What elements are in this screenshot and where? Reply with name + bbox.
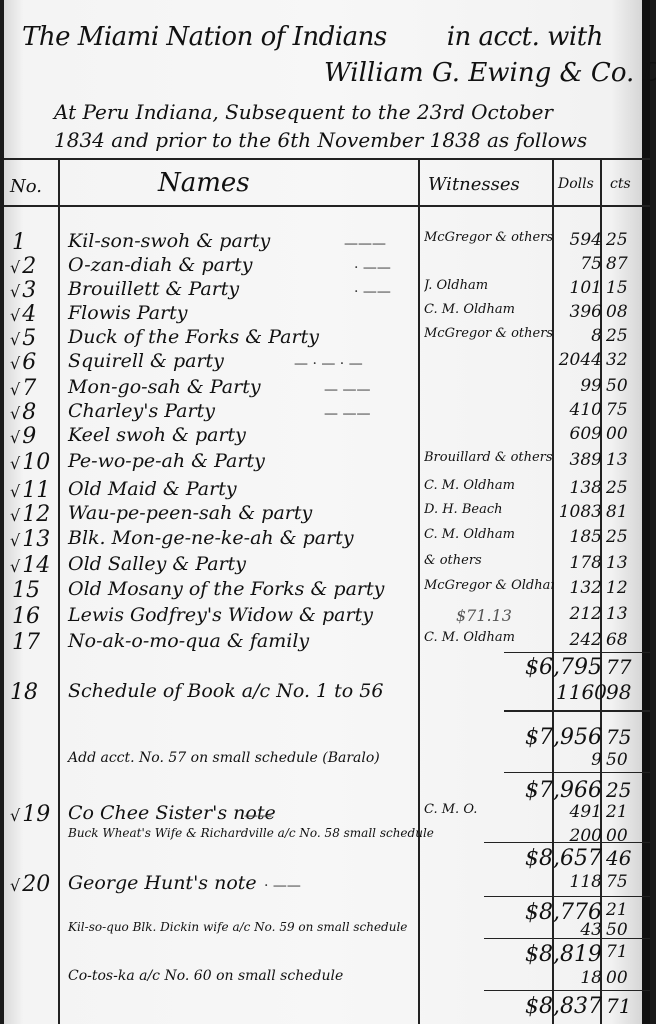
row-name: Old Maid & Party — [68, 478, 237, 500]
row-witness: C. M. Oldham — [424, 478, 554, 493]
row-cents: 25 — [606, 478, 646, 498]
row-cents: 08 — [606, 302, 646, 322]
row-cents: 87 — [606, 254, 646, 274]
row-name: George Hunt's note — [68, 872, 257, 894]
row-number: √7 — [10, 376, 60, 401]
row-dollars: 200 — [556, 826, 602, 846]
row-cents: 50 — [606, 376, 646, 396]
check-mark-icon: √ — [10, 282, 20, 301]
row-dollars: 242 — [556, 630, 602, 650]
subtotal-cents: 75 — [606, 725, 646, 749]
ledger-title: The Miami Nation of Indiansin acct. with — [22, 22, 603, 52]
subtotal-row: $7,966 25 — [4, 778, 650, 802]
grand-total-row: $8,837 71 — [4, 994, 650, 1018]
row-dollars: 1160 — [556, 680, 602, 704]
row-number: √20 — [10, 872, 60, 897]
check-mark-icon: √ — [10, 506, 20, 525]
table-row: 16 Lewis Godfrey's Widow & party 212 13 — [4, 604, 650, 628]
subtotal-cents: 46 — [606, 846, 646, 870]
check-mark-icon: √ — [10, 876, 20, 895]
row-cents: 50 — [606, 750, 646, 770]
row-number: 18 — [10, 680, 60, 705]
row-name: Mon-go-sah & Party — [68, 376, 261, 398]
column-header-cents: cts — [610, 176, 631, 192]
column-header-no: No. — [10, 176, 42, 197]
subtotal-dollars: $6,795 — [494, 655, 602, 680]
row-number: √13 — [10, 527, 60, 552]
ledger-page: The Miami Nation of Indiansin acct. with… — [4, 0, 650, 1024]
title-location-dates-2: 1834 and prior to the 6th November 1838 … — [54, 128, 587, 152]
leader-dash: · —— — [264, 878, 301, 894]
row-witness: C. M. Oldham — [424, 527, 554, 542]
subtotal-cents: 77 — [606, 655, 646, 679]
row-witness: McGregor & others — [424, 230, 554, 245]
row-witness: C. M. O. — [424, 802, 554, 817]
row-dollars: 2044 — [556, 350, 602, 370]
row-number: √12 — [10, 502, 60, 527]
row-dollars: 18 — [556, 968, 602, 988]
table-row: √5 Duck of the Forks & Party McGregor & … — [4, 326, 650, 350]
row-name: Schedule of Book a/c No. 1 to 56 — [68, 680, 383, 702]
subtotal-rule — [484, 842, 650, 843]
row-number: √11 — [10, 478, 60, 503]
table-row: 1 Kil-son-swoh & party McGregor & others… — [4, 230, 650, 254]
row-number: 16 — [10, 604, 60, 629]
row-cents: 50 — [606, 920, 646, 940]
row-dollars: 99 — [556, 376, 602, 396]
row-cents: 13 — [606, 450, 646, 470]
row-number: √14 — [10, 553, 60, 578]
row-cents: 25 — [606, 527, 646, 547]
row-cents: 12 — [606, 578, 646, 598]
leader-dash: · —— — [354, 284, 391, 300]
row-dollars: 594 — [556, 230, 602, 250]
row-name: Add acct. No. 57 on small schedule (Bara… — [68, 750, 380, 766]
table-row: √11 Old Maid & Party C. M. Oldham 138 25 — [4, 478, 650, 502]
row-cents: 00 — [606, 826, 646, 846]
row-name: Brouillett & Party — [68, 278, 239, 300]
table-row: √10 Pe-wo-pe-ah & Party Brouillard & oth… — [4, 450, 650, 474]
margin-note: $71.13 — [456, 606, 512, 625]
leader-dash: ——— — [344, 236, 386, 252]
row-number: √2 — [10, 254, 60, 279]
row-name: Kil-so-quo Blk. Dickin wife a/c No. 59 o… — [68, 920, 407, 934]
row-dollars: 118 — [556, 872, 602, 892]
check-mark-icon: √ — [10, 482, 20, 501]
column-header-witnesses: Witnesses — [428, 174, 520, 195]
row-cents: 98 — [606, 680, 646, 704]
row-name: Wau-pe-peen-sah & party — [68, 502, 312, 524]
table-row: √4 Flowis Party C. M. Oldham 396 08 — [4, 302, 650, 326]
row-dollars: 43 — [556, 920, 602, 940]
table-row: √3 Brouillett & Party J. Oldham 101 15 — [4, 278, 650, 302]
check-mark-icon: √ — [10, 531, 20, 550]
column-header-names: Names — [158, 168, 250, 198]
row-name: Old Salley & Party — [68, 553, 246, 575]
row-name: Duck of the Forks & Party — [68, 326, 319, 348]
row-cents: 25 — [606, 230, 646, 250]
row-witness: C. M. Oldham — [424, 630, 554, 645]
row-name: Kil-son-swoh & party — [68, 230, 270, 252]
row-dollars: 75 — [556, 254, 602, 274]
subtotal-rule — [484, 896, 650, 897]
row-witness: J. Oldham — [424, 278, 554, 293]
table-row: √19 Co Chee Sister's note C. M. O. 491 2… — [4, 802, 650, 826]
row-cents: 32 — [606, 350, 646, 370]
check-mark-icon: √ — [10, 454, 20, 473]
row-dollars: 491 — [556, 802, 602, 822]
subtotal-cents: 71 — [606, 942, 646, 962]
row-dollars: 212 — [556, 604, 602, 624]
row-witness: McGregor & others — [424, 326, 554, 341]
leader-dash: — —— — [324, 382, 370, 398]
row-dollars: 1083 — [556, 502, 602, 522]
row-name: Squirell & party — [68, 350, 224, 372]
row-cents: 15 — [606, 278, 646, 298]
subtotal-row: $8,819 71 — [4, 942, 650, 966]
table-row: √13 Blk. Mon-ge-ne-ke-ah & party C. M. O… — [4, 527, 650, 551]
subtotal-dollars: $8,657 — [494, 846, 602, 871]
row-witness: D. H. Beach — [424, 502, 554, 517]
row-number: √5 — [10, 326, 60, 351]
table-row: √9 Keel swoh & party 609 00 — [4, 424, 650, 448]
row-witness: Brouillard & others — [424, 450, 554, 465]
row-cents: 21 — [606, 802, 646, 822]
row-cents: 00 — [606, 424, 646, 444]
subtotal-cents: 21 — [606, 900, 646, 920]
row-dollars: 138 — [556, 478, 602, 498]
row-name: Old Mosany of the Forks & party — [68, 578, 384, 600]
check-mark-icon: √ — [10, 380, 20, 399]
row-number: √19 — [10, 802, 60, 827]
subtotal-rule — [504, 772, 650, 773]
title-location-dates-1: At Peru Indiana, Subsequent to the 23rd … — [54, 100, 553, 124]
subtotal-row: $7,956 75 — [4, 725, 650, 749]
table-row: √14 Old Salley & Party & others 178 13 — [4, 553, 650, 577]
subtotal-row: $6,795 77 — [4, 655, 650, 679]
grand-total-dollars: $8,837 — [494, 994, 602, 1019]
row-name: No-ak-o-mo-qua & family — [68, 630, 309, 652]
check-mark-icon: √ — [10, 330, 20, 349]
row-number: √6 — [10, 350, 60, 375]
row-number: 1 — [10, 230, 60, 255]
row-dollars: 609 — [556, 424, 602, 444]
check-mark-icon: √ — [10, 557, 20, 576]
row-cents: 25 — [606, 326, 646, 346]
row-number: √3 — [10, 278, 60, 303]
leader-dash: · —— — [354, 260, 391, 276]
row-dollars: 101 — [556, 278, 602, 298]
row-name: Buck Wheat's Wife & Richardville a/c No.… — [68, 826, 434, 840]
row-cents: 00 — [606, 968, 646, 988]
row-dollars: 396 — [556, 302, 602, 322]
row-number: 15 — [10, 578, 60, 603]
row-dollars: 178 — [556, 553, 602, 573]
table-row: √20 George Hunt's note 118 75 — [4, 872, 650, 896]
row-cents: 75 — [606, 400, 646, 420]
row-dollars: 9 — [556, 750, 602, 770]
row-dollars: 185 — [556, 527, 602, 547]
subtotal-row: $8,657 46 — [4, 846, 650, 870]
subtotal-rule — [484, 990, 650, 991]
subtotal-rule — [504, 710, 650, 712]
row-dollars: 8 — [556, 326, 602, 346]
row-number: 17 — [10, 630, 60, 655]
row-number: √9 — [10, 424, 60, 449]
row-name: Lewis Godfrey's Widow & party — [68, 604, 373, 626]
title-account-name: The Miami Nation of Indians — [22, 22, 387, 52]
check-mark-icon: √ — [10, 258, 20, 277]
table-row: √2 O-zan-diah & party 75 87 — [4, 254, 650, 278]
row-cents: 75 — [606, 872, 646, 892]
row-cents: 81 — [606, 502, 646, 522]
row-cents: 13 — [606, 604, 646, 624]
table-row: 15 Old Mosany of the Forks & party McGre… — [4, 578, 650, 602]
check-mark-icon: √ — [10, 428, 20, 447]
row-dollars: 410 — [556, 400, 602, 420]
leader-dash: — —— — [324, 406, 370, 422]
check-mark-icon: √ — [10, 306, 20, 325]
table-row: 17 No-ak-o-mo-qua & family C. M. Oldham … — [4, 630, 650, 654]
subtotal-dollars: $8,819 — [494, 942, 602, 967]
table-row: 18 Schedule of Book a/c No. 1 to 56 1160… — [4, 680, 650, 704]
check-mark-icon: √ — [10, 354, 20, 373]
row-name: O-zan-diah & party — [68, 254, 252, 276]
row-dollars: 132 — [556, 578, 602, 598]
column-header-dollars: Dolls — [558, 176, 594, 192]
table-row: √12 Wau-pe-peen-sah & party D. H. Beach … — [4, 502, 650, 526]
subtotal-rule — [504, 652, 650, 653]
grand-total-cents: 71 — [606, 994, 646, 1018]
row-witness: C. M. Oldham — [424, 302, 554, 317]
row-name: Pe-wo-pe-ah & Party — [68, 450, 265, 472]
row-name: Charley's Party — [68, 400, 215, 422]
subtotal-dollars: $7,956 — [494, 725, 602, 750]
row-number: √10 — [10, 450, 60, 475]
row-number: √4 — [10, 302, 60, 327]
row-cents: 13 — [606, 553, 646, 573]
row-name: Co-tos-ka a/c No. 60 on small schedule — [68, 968, 343, 984]
title-in-account-with: in acct. with — [447, 22, 603, 52]
row-dollars: 389 — [556, 450, 602, 470]
row-witness: & others — [424, 553, 554, 568]
check-mark-icon: √ — [10, 806, 20, 825]
row-name: Flowis Party — [68, 302, 188, 324]
row-witness: McGregor & Oldham — [424, 578, 554, 593]
table-row: Co-tos-ka a/c No. 60 on small schedule 1… — [4, 968, 650, 992]
subtotal-cents: 25 — [606, 778, 646, 802]
leader-dash: — · — · — — [294, 356, 363, 372]
subtotal-dollars: $7,966 — [494, 778, 602, 803]
check-mark-icon: √ — [10, 404, 20, 423]
table-row: Kil-so-quo Blk. Dickin wife a/c No. 59 o… — [4, 920, 650, 944]
row-name: Keel swoh & party — [68, 424, 246, 446]
row-cents: 68 — [606, 630, 646, 650]
subtotal-rule — [484, 938, 650, 939]
leader-dash: —— — [244, 808, 272, 824]
row-number: √8 — [10, 400, 60, 425]
table-row: Add acct. No. 57 on small schedule (Bara… — [4, 750, 650, 774]
title-merchant: William G. Ewing & Co. Dr — [324, 58, 656, 88]
row-name: Blk. Mon-ge-ne-ke-ah & party — [68, 527, 354, 549]
